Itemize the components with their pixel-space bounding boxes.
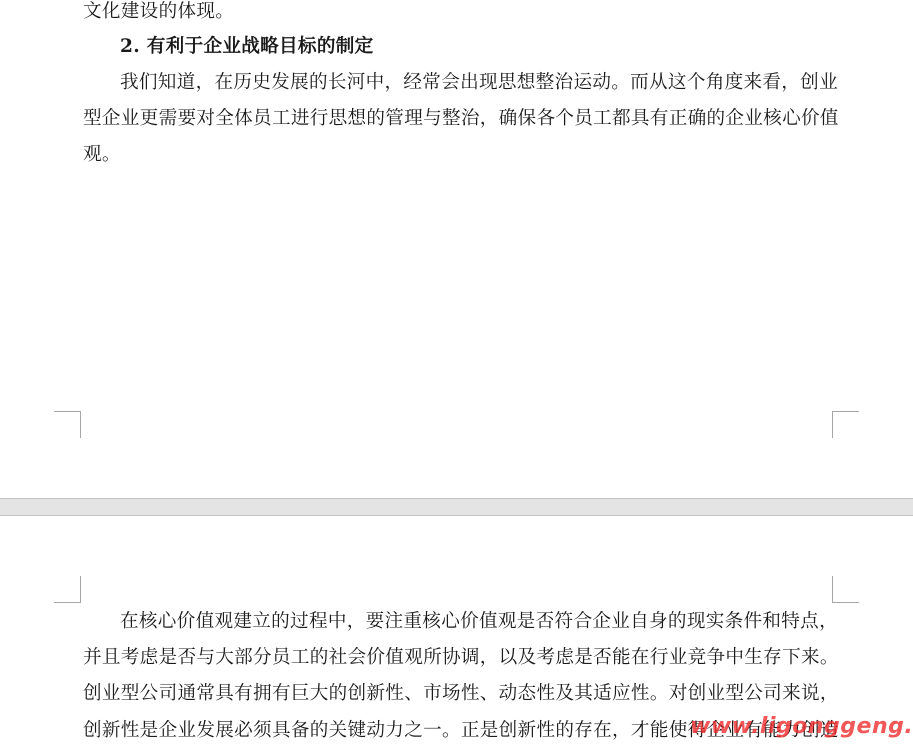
section-heading: 2. 有利于企业战略目标的制定 <box>120 36 880 58</box>
paragraph-line: 型企业更需要对全体员工进行思想的管理与整治，确保各个员工都具有正确的企业核心价值 <box>83 108 843 130</box>
margin-mark-bottom-left <box>54 411 81 438</box>
paragraph-line: 文化建设的体现。 <box>83 1 843 23</box>
page-separator <box>0 498 913 516</box>
watermark-text: www.ligonggeng.com <box>690 714 913 739</box>
paragraph-line: 在核心价值观建立的过程中，要注重核心价值观是否符合企业自身的现实条件和特点， <box>120 611 880 633</box>
paragraph-line: 并且考虑是否与大部分员工的社会价值观所协调，以及考虑是否能在行业竞争中生存下来。 <box>83 647 843 669</box>
paragraph-line: 我们知道，在历史发展的长河中，经常会出现思想整治运动。而从这个角度来看，创业 <box>120 72 880 94</box>
margin-mark-bottom-right <box>832 411 859 438</box>
margin-mark-top-left <box>54 576 81 603</box>
margin-mark-top-right <box>832 576 859 603</box>
document-page-1[interactable]: 文化建设的体现。 2. 有利于企业战略目标的制定 我们知道，在历史发展的长河中，… <box>0 0 913 498</box>
paragraph-line: 观。 <box>83 144 843 166</box>
paragraph-line: 创业型公司通常具有拥有巨大的创新性、市场性、动态性及其适应性。对创业型公司来说， <box>83 683 843 705</box>
